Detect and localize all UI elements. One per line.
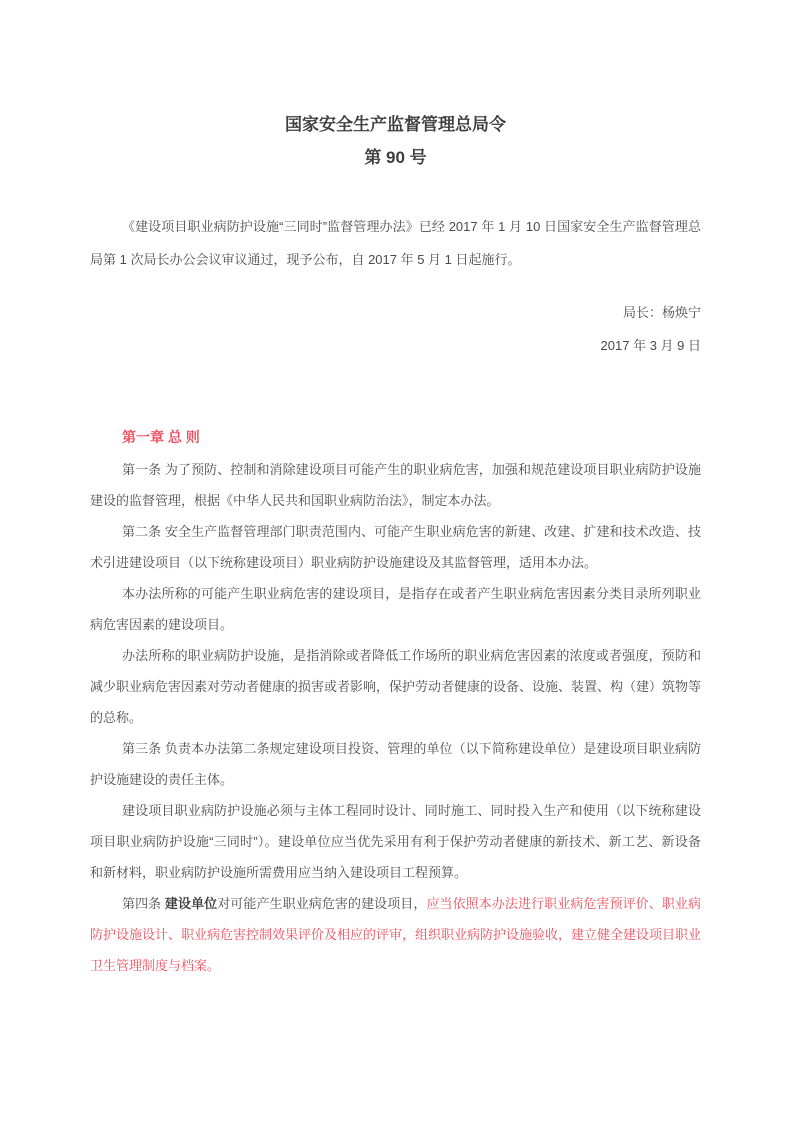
sign-date-line: 2017 年 3 月 9 日 — [90, 329, 701, 362]
order-number: 第 90 号 — [90, 141, 701, 174]
article-2-paragraph: 第二条 安全生产监督管理部门职责范围内、可能产生职业病危害的新建、改建、扩建和技… — [90, 516, 701, 578]
article-1-paragraph: 第一条 为了预防、控制和消除建设项目可能产生的职业病危害，加强和规范建设项目职业… — [90, 454, 701, 516]
article-4-label: 第四条 — [122, 896, 165, 911]
signer-line: 局长：杨焕宁 — [90, 296, 701, 329]
document-title: 国家安全生产监督管理总局令 — [90, 108, 701, 141]
intro-paragraph: 《建设项目职业病防护设施“三同时”监督管理办法》已经 2017 年 1 月 10… — [90, 210, 701, 276]
article-4-bold-term: 建设单位 — [165, 896, 217, 911]
article-2-definition-facilities: 办法所称的职业病防护设施，是指消除或者降低工作场所的职业病危害因素的浓度或者强度… — [90, 640, 701, 733]
document-content: 国家安全生产监督管理总局令 第 90 号 《建设项目职业病防护设施“三同时”监督… — [0, 108, 793, 981]
article-4-paragraph: 第四条 建设单位对可能产生职业病危害的建设项目，应当依照本办法进行职业病危害预评… — [90, 888, 701, 981]
document-page: 国家安全生产监督管理总局令 第 90 号 《建设项目职业病防护设施“三同时”监督… — [0, 0, 793, 1122]
article-3-paragraph: 第三条 负责本办法第二条规定建设项目投资、管理的单位（以下简称建设单位）是建设项… — [90, 733, 701, 795]
article-4-plain-text: 对可能产生职业病危害的建设项目， — [217, 896, 426, 911]
chapter-1-heading: 第一章 总 则 — [90, 421, 701, 454]
article-3-three-simultaneous: 建设项目职业病防护设施必须与主体工程同时设计、同时施工、同时投入生产和使用（以下… — [90, 795, 701, 888]
article-2-definition-projects: 本办法所称的可能产生职业病危害的建设项目，是指存在或者产生职业病危害因素分类目录… — [90, 578, 701, 640]
